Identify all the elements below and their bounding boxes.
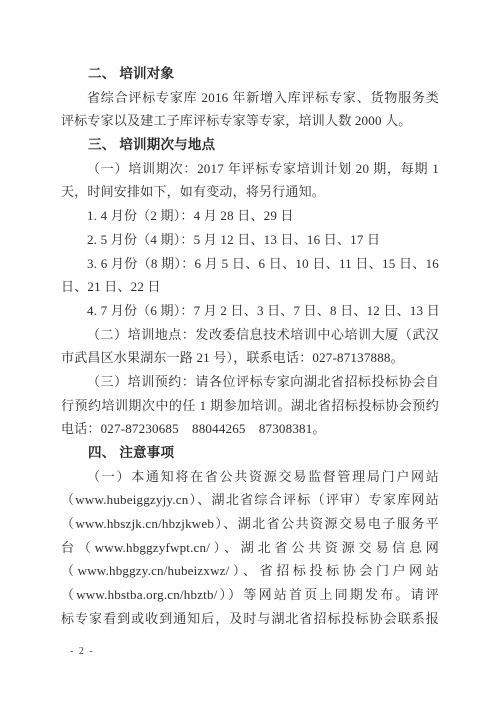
text-line: 日、21 日、22 日 — [61, 275, 439, 299]
document-body: 二、 培训对象省综合评标专家库 2016 年新增入库评标专家、货物服务类评标专家… — [61, 62, 439, 631]
text-line: 市武昌区水果湖东一路 21 号），联系电话：027-87137888。 — [61, 346, 439, 370]
text-line: 电话：027-87230685 88044265 87308381。 — [61, 417, 439, 441]
text-line: （www.hubeiggzyjy.cn）、湖北省综合评标（评审）专家库网站 — [61, 488, 439, 512]
text-line: （一）本通知将在省公共资源交易监督管理局门户网站 — [61, 465, 439, 489]
text-line: 台（www.hbggzyfwpt.cn/）、湖北省公共资源交易信息网 — [61, 536, 439, 560]
text-line: （一）培训期次：2017 年评标专家培训计划 20 期，每期 1 — [61, 157, 439, 181]
text-line: 行预约培训期次中的任 1 期参加培训。湖北省招标投标协会预约 — [61, 394, 439, 418]
paragraph: 4. 7 月份（6 期）：7 月 2 日、3 日、7 日、8 日、12 日、13… — [61, 299, 439, 323]
text-line: 四、 注意事项 — [61, 441, 439, 465]
page-background: 二、 培训对象省综合评标专家库 2016 年新增入库评标专家、货物服务类评标专家… — [0, 0, 500, 707]
section-heading: 二、 培训对象 — [61, 62, 439, 86]
text-line: 评标专家以及建工子库评标专家等专家，培训人数 2000 人。 — [61, 109, 439, 133]
paragraph: （三）培训预约：请各位评标专家向湖北省招标投标协会自行预约培训期次中的任 1 期… — [61, 370, 439, 441]
text-line: （二）培训地点：发改委信息技术培训中心培训大厦（武汉 — [61, 323, 439, 347]
text-line: （www.hbggzy.cn/hubeizxwz/）、省招标投标协会门户网站 — [61, 559, 439, 583]
paragraph: 省综合评标专家库 2016 年新增入库评标专家、货物服务类评标专家以及建工子库评… — [61, 86, 439, 133]
text-line: 1. 4 月份（2 期）：4 月 28 日、29 日 — [61, 204, 439, 228]
document-page: { "page": { "background_color": "#ffffff… — [0, 0, 500, 707]
section-heading: 四、 注意事项 — [61, 441, 439, 465]
text-line: 二、 培训对象 — [61, 62, 439, 86]
paragraph: 3. 6 月份（8 期）：6 月 5 日、6 日、10 日、11 日、15 日、… — [61, 252, 439, 299]
text-line: （www.hbstba.org.cn/hbztb/））等网站首页上同期发布。请评 — [61, 583, 439, 607]
section-heading: 三、 培训期次与地点 — [61, 133, 439, 157]
text-line: 4. 7 月份（6 期）：7 月 2 日、3 日、7 日、8 日、12 日、13… — [61, 299, 439, 323]
text-line: 3. 6 月份（8 期）：6 月 5 日、6 日、10 日、11 日、15 日、… — [61, 252, 439, 276]
paragraph: （一）培训期次：2017 年评标专家培训计划 20 期，每期 1天，时间安排如下… — [61, 157, 439, 204]
paragraph: 1. 4 月份（2 期）：4 月 28 日、29 日 — [61, 204, 439, 228]
text-line: （www.hbszjk.cn/hbzjkweb）、湖北省公共资源交易电子服务平 — [61, 512, 439, 536]
text-line: （三）培训预约：请各位评标专家向湖北省招标投标协会自 — [61, 370, 439, 394]
text-line: 标专家看到或收到通知后，及时与湖北省招标投标协会联系报 — [61, 607, 439, 631]
text-line: 2. 5 月份（4 期）：5 月 12 日、13 日、16 日、17 日 — [61, 228, 439, 252]
text-line: 天，时间安排如下，如有变动，将另行通知。 — [61, 180, 439, 204]
text-line: 三、 培训期次与地点 — [61, 133, 439, 157]
paragraph: （二）培训地点：发改委信息技术培训中心培训大厦（武汉市武昌区水果湖东一路 21 … — [61, 323, 439, 370]
page-number: - 2 - — [70, 645, 94, 659]
text-line: 省综合评标专家库 2016 年新增入库评标专家、货物服务类 — [61, 86, 439, 110]
paragraph: （一）本通知将在省公共资源交易监督管理局门户网站（www.hubeiggzyjy… — [61, 465, 439, 631]
paragraph: 2. 5 月份（4 期）：5 月 12 日、13 日、16 日、17 日 — [61, 228, 439, 252]
